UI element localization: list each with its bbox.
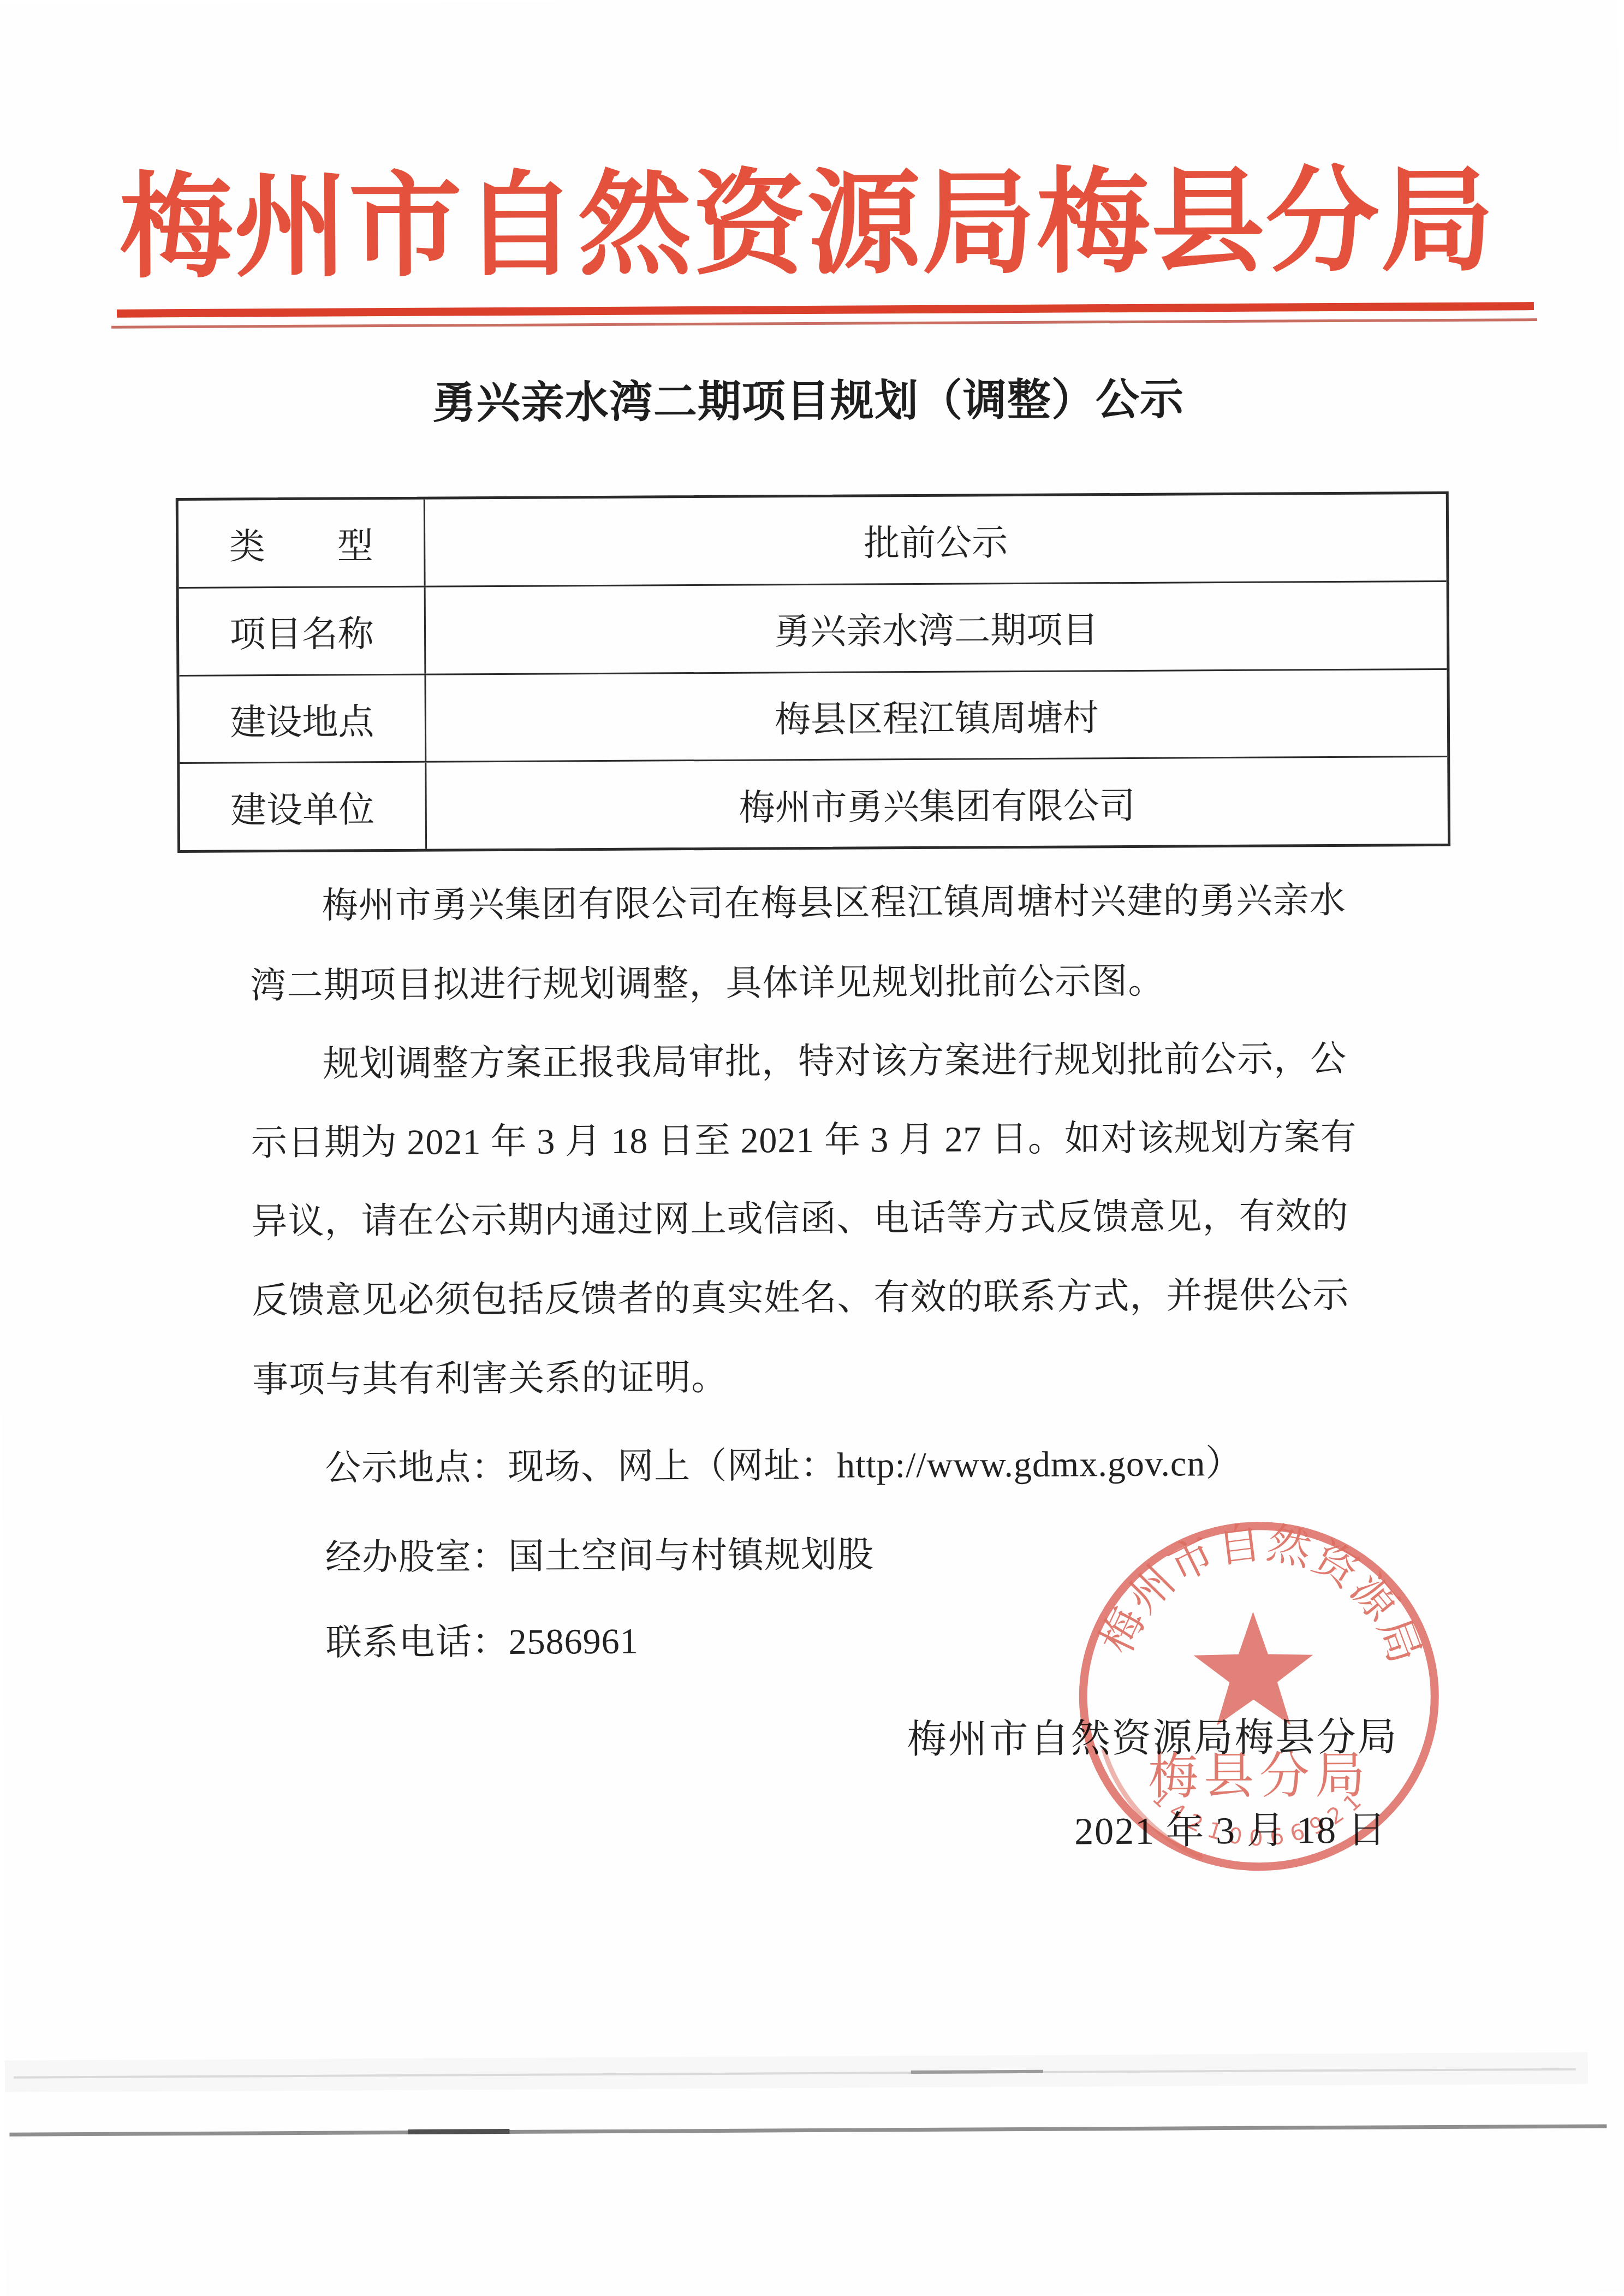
row-label-project-name: 项目名称 <box>179 587 426 674</box>
letterhead-agency-title: 梅州市自然资源局梅县分局 <box>0 164 1620 286</box>
seal-star-icon <box>1193 1611 1313 1725</box>
row-value-location: 梅县区程江镇周塘村 <box>426 669 1447 761</box>
table-row: 建设单位 梅州市勇兴集团有限公司 <box>180 757 1448 850</box>
body-line-notice-location: 公示地点：现场、网上（网址：http://www.gdmx.gov.cn） <box>253 1445 1482 1487</box>
body-line: 梅州市勇兴集团有限公司在梅县区程江镇周塘村兴建的勇兴亲水 <box>249 882 1479 925</box>
scan-artifact-line <box>9 2124 1607 2136</box>
row-value-project-name: 勇兴亲水湾二期项目 <box>426 582 1447 674</box>
row-label-location: 建设地点 <box>179 675 426 762</box>
scan-artifact-line-dark-segment <box>911 2070 1043 2074</box>
row-label-type: 类 型 <box>179 500 426 587</box>
row-label-builder: 建设单位 <box>180 763 427 850</box>
notice-title: 勇兴亲水湾二期项目规划（调整）公示 <box>0 372 1620 431</box>
letterhead-rule-thin <box>111 318 1537 329</box>
scan-artifact-line-dark-segment <box>408 2129 509 2134</box>
project-info-table: 类 型 批前公示 项目名称 勇兴亲水湾二期项目 建设地点 梅县区程江镇周塘村 建… <box>176 491 1450 853</box>
table-row: 项目名称 勇兴亲水湾二期项目 <box>179 582 1447 677</box>
scanned-notice-page: 梅州市自然资源局梅县分局 勇兴亲水湾二期项目规划（调整）公示 类 型 批前公示 … <box>0 0 1624 2296</box>
official-seal: 梅州市自然资源局 梅县分局 14210066921 <box>1070 1512 1449 1891</box>
body-line: 规划调整方案正报我局审批，特对该方案进行规划批前公示，公 <box>251 1041 1480 1083</box>
body-line: 反馈意见必须包括反馈者的真实姓名、有效的联系方式，并提供公示 <box>252 1277 1409 1319</box>
body-line: 湾二期项目拟进行规划调整，具体详见规划批前公示图。 <box>250 962 1407 1004</box>
body-line: 示日期为 2021 年 3 月 18 日至 2021 年 3 月 27 日。如对… <box>251 1119 1408 1161</box>
letterhead-rule-thick <box>117 302 1534 318</box>
table-row: 建设地点 梅县区程江镇周塘村 <box>179 669 1447 764</box>
row-value-type: 批前公示 <box>425 494 1447 586</box>
row-value-builder: 梅州市勇兴集团有限公司 <box>426 757 1448 849</box>
table-row: 类 型 批前公示 <box>179 494 1447 589</box>
seal-branch-text: 梅县分局 <box>1148 1748 1371 1805</box>
body-line: 异议，请在公示期内通过网上或信函、电话等方式反馈意见，有效的 <box>252 1198 1409 1240</box>
body-line: 事项与其有利害关系的证明。 <box>252 1356 1409 1398</box>
